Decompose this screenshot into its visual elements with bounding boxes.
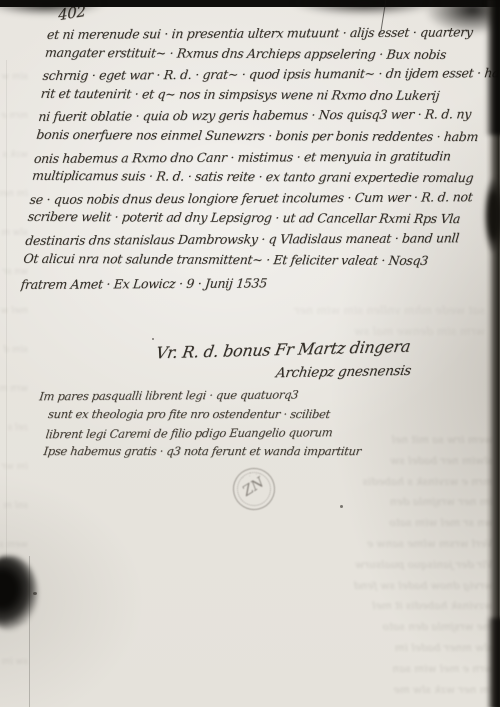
crease-line-bottom-left bbox=[29, 556, 30, 707]
text-line: me wrsjmla den sato bbox=[343, 617, 493, 638]
text-line: librent legi Caremi de filio pdigo Euang… bbox=[34, 422, 406, 443]
ink-speck bbox=[340, 505, 343, 508]
scan-shadow-right-top bbox=[485, 0, 500, 135]
text-line: wn sr mel wim sato bbox=[343, 513, 493, 534]
text-line: sunt ex theologia pro fite nro ostendent… bbox=[36, 405, 408, 424]
text-line: scribere welit · poterit ad dny Lepsigro… bbox=[27, 207, 485, 230]
text-line: wzvinsk habedis it mel bbox=[343, 596, 493, 617]
text-line: im wr bbox=[0, 448, 28, 487]
text-line: Im pares pasqualli librent legi · que qu… bbox=[38, 385, 410, 406]
text-line: fratrem Amet · Ex Lowicz · 9 · Junij 153… bbox=[20, 272, 478, 295]
signature-title: Archiepz gnesnensis bbox=[275, 363, 412, 381]
text-line: Verl wrsm wlme sanw e bbox=[343, 534, 493, 555]
text-line: Vir der janisquo pualsurw bbox=[343, 555, 493, 576]
showthrough-bottom-right: wem irw sa mit nelslwim ner badel swmrn … bbox=[343, 430, 493, 700]
text-line: mrn e bbox=[0, 97, 28, 136]
text-line: rit et tautenirit · et q~ nos in simpsis… bbox=[40, 84, 498, 107]
library-stamp: · · · · · · ZN bbox=[229, 464, 280, 515]
text-line: snl m bbox=[0, 487, 28, 526]
text-line: im ner wzk slw me bbox=[343, 680, 493, 701]
text-line: sim w bbox=[0, 58, 28, 97]
text-line: schrnig · eget war · R. d. · grat~ · quo… bbox=[42, 63, 500, 86]
text-line: et ni merenude sui · in presentia ulterx… bbox=[46, 23, 500, 45]
text-line: wrn e mel wim san bbox=[343, 659, 493, 680]
text-line: bonis onerfuere nos einmel Sunewzrs · bo… bbox=[35, 125, 493, 148]
text-line: wrvig dnow badel sw fend bbox=[343, 576, 493, 597]
text-line: mrn e wzvinsk s habedis bbox=[343, 472, 493, 493]
text-line: multiplicamus suis · R. d. · satis reite… bbox=[31, 166, 489, 189]
scan-shadow-right-bottom bbox=[487, 618, 500, 707]
text-line: mangater erstituit~ · Rxmus dns Archieps… bbox=[44, 42, 500, 65]
text-line: im ner bbox=[0, 175, 28, 214]
text-line: im ner wrsjmla den bbox=[343, 492, 493, 513]
text-line: wzk s bbox=[0, 136, 28, 175]
text-line: sim d bbox=[0, 331, 28, 370]
ink-speck bbox=[33, 592, 37, 595]
text-line: destinaris dns stanislaus Dambrowsky · q… bbox=[24, 228, 482, 251]
text-line: wrn m bbox=[0, 370, 28, 409]
scan-smear-top-left bbox=[0, 0, 106, 16]
text-line: Ot alicui nra not salunde transmittent~ … bbox=[22, 248, 480, 271]
text-line: zel s bbox=[0, 409, 28, 448]
text-line: Ipse habemus gratis · q3 nota ferunt et … bbox=[31, 442, 403, 461]
ink-speck bbox=[152, 338, 154, 340]
postscript-block: Im pares pasqualli librent legi · que qu… bbox=[31, 386, 410, 461]
scan-smear-top-center bbox=[290, 0, 440, 16]
crease-line-left bbox=[6, 60, 7, 560]
text-line: sw im bbox=[0, 643, 28, 682]
text-line: slw mner badel im bbox=[343, 638, 493, 659]
main-text-block: et ni merenude sui · in presentia ulterx… bbox=[18, 23, 500, 313]
signature-line: Vr. R. d. bonus Fr Martz dingera bbox=[155, 337, 412, 363]
manuscript-page: sim wmrn ewzk sim nerslw mwn srmel wsim … bbox=[0, 0, 500, 707]
scan-shadow-right-mid bbox=[484, 178, 500, 253]
